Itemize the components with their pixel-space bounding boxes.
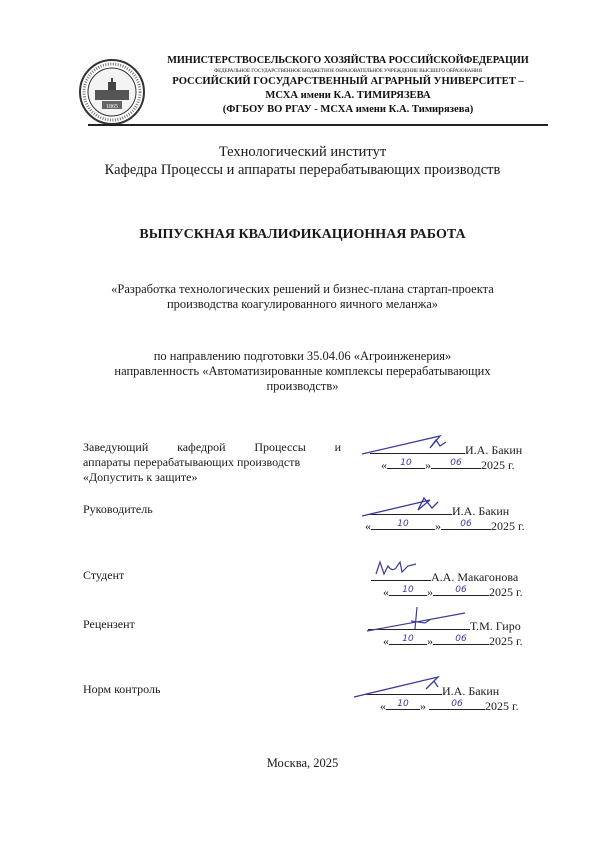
university-abbreviation: (ФГБОУ ВО РГАУ - МСХА имени К.А. Тимиряз… — [148, 104, 548, 115]
university-name-line2: МСХА имени К.А. ТИМИРЯЗЕВА — [148, 90, 548, 101]
signer-name: А.А. Макагонова — [431, 570, 518, 584]
date-line-head: «10»062025 г. — [381, 456, 515, 473]
date-line-student: «10»062025 г. — [383, 583, 523, 600]
date-day: 10 — [371, 519, 435, 529]
role-label-head: Заведующий кафедрой Процессы и — [83, 440, 341, 455]
signature-student-icon — [372, 558, 432, 578]
signer-name: И.А. Бакин — [452, 504, 509, 518]
ministry-name: МИНИСТЕРСТВОСЕЛЬСКОГО ХОЗЯЙСТВА РОССИЙСК… — [148, 55, 548, 66]
direction-line-3: производств» — [60, 379, 545, 394]
date-line-supervisor: «10»062025 г. — [365, 517, 525, 534]
role-label-head-line3: «Допустить к защите» — [83, 470, 197, 485]
date-year: 2025 г. — [489, 634, 523, 648]
date-day: 10 — [389, 585, 427, 595]
signature-head-icon — [360, 430, 470, 458]
topic-line-2: производства коагулированного яичного ме… — [60, 297, 545, 312]
date-year: 2025 г. — [485, 699, 519, 713]
date-year: 2025 г. — [489, 585, 523, 599]
date-day: 10 — [389, 634, 427, 644]
date-year: 2025 г. — [481, 458, 515, 472]
topic-line-1: «Разработка технологических решений и би… — [60, 282, 545, 297]
date-month: 06 — [431, 458, 481, 468]
date-day: 10 — [386, 699, 420, 709]
header-divider — [88, 124, 548, 126]
institution-type: ФЕДЕРАЛЬНОЕ ГОСУДАРСТВЕННОЕ БЮДЖЕТНОЕ ОБ… — [148, 68, 548, 74]
university-name: РОССИЙСКИЙ ГОСУДАРСТВЕННЫЙ АГРАРНЫЙ УНИВ… — [148, 76, 548, 87]
date-line-norm-control: «10» 062025 г. — [380, 697, 519, 714]
role-label-norm-control: Норм контроль — [83, 682, 160, 697]
department-name: Кафедра Процессы и аппараты перерабатыва… — [60, 162, 545, 179]
direction-line-1: по направлению подготовки 35.04.06 «Агро… — [60, 349, 545, 364]
date-year: 2025 г. — [491, 519, 525, 533]
role-label-supervisor: Руководитель — [83, 502, 153, 517]
date-month: 06 — [441, 519, 491, 529]
date-month: 06 — [429, 699, 485, 709]
svg-text:1865: 1865 — [106, 104, 118, 110]
direction-line-2: направленность «Автоматизированные компл… — [60, 364, 545, 379]
document-title: ВЫПУСКНАЯ КВАЛИФИКАЦИОННАЯ РАБОТА — [60, 227, 545, 243]
university-logo: 1865 — [78, 58, 146, 126]
date-month: 06 — [433, 634, 489, 644]
role-label-head-line2: аппараты перерабатывающих производств — [83, 455, 300, 470]
role-label-reviewer: Рецензент — [83, 617, 135, 632]
signature-reviewer-icon — [365, 605, 475, 633]
date-month: 06 — [433, 585, 489, 595]
institute-name: Технологический институт — [60, 144, 545, 161]
footer-city-year: Москва, 2025 — [60, 756, 545, 771]
role-label-student: Студент — [83, 568, 124, 583]
date-day: 10 — [387, 458, 425, 468]
signer-name: Т.М. Гиро — [470, 619, 521, 633]
date-line-reviewer: «10»062025 г. — [383, 632, 523, 649]
signer-name: И.А. Бакин — [465, 443, 522, 457]
